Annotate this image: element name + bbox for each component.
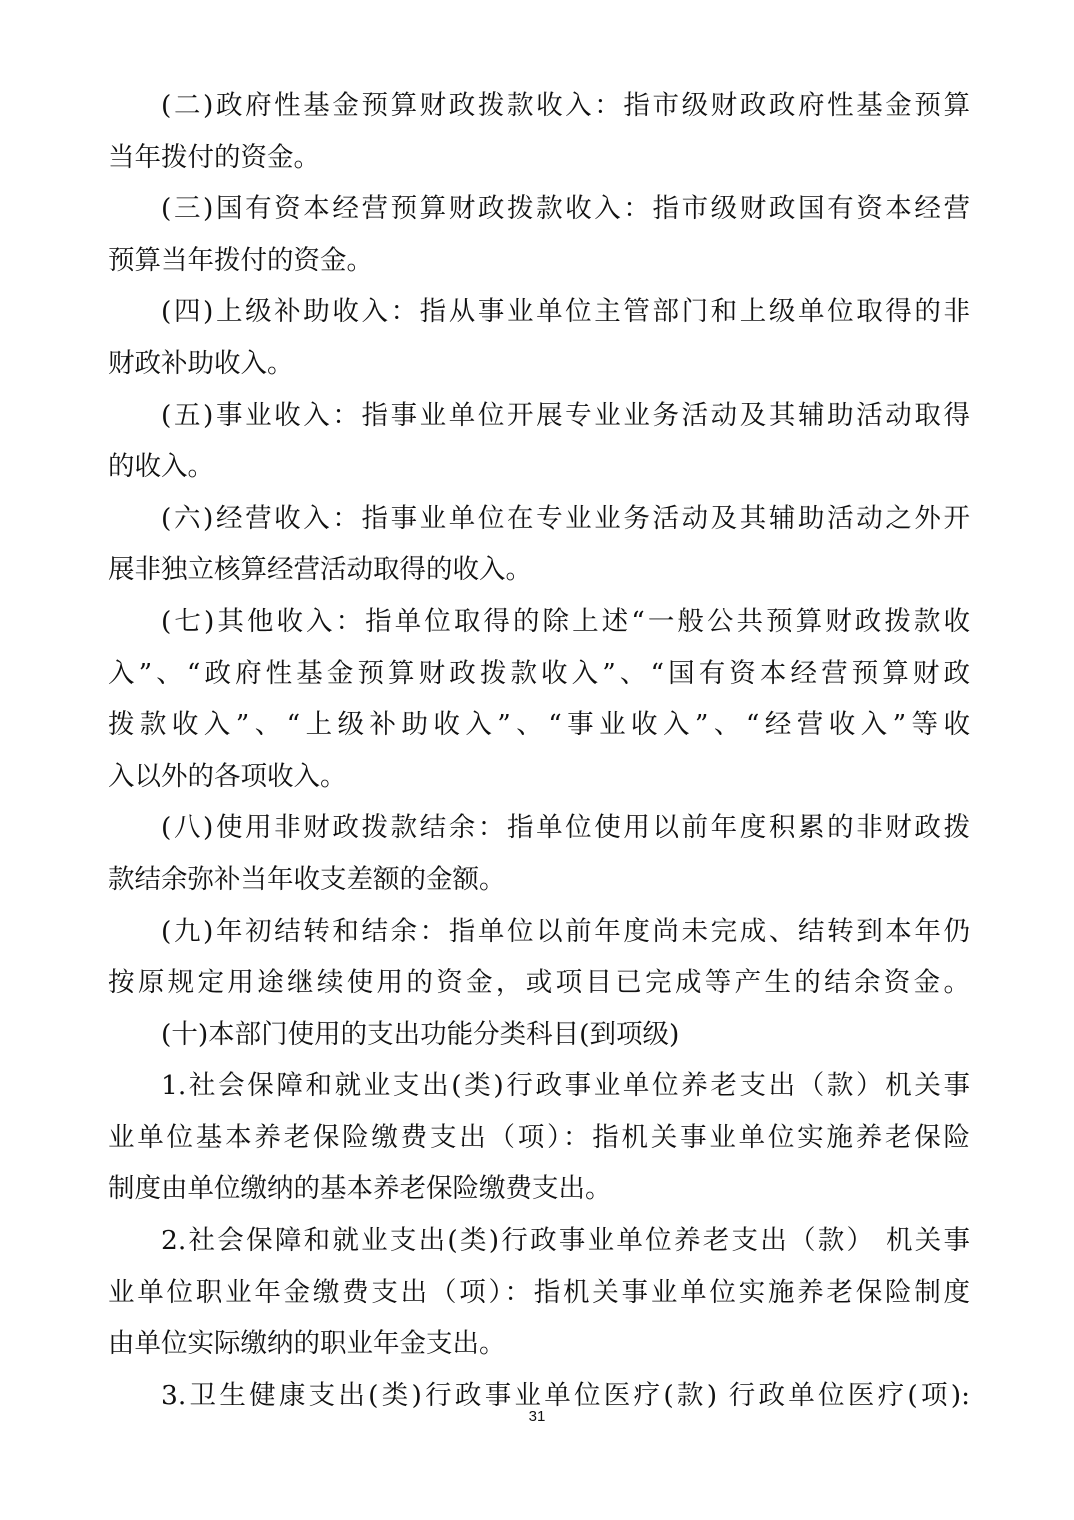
paragraph-line: 业单位职业年金缴费支出（项）：指机关事业单位实施养老保险制度 [108,1267,970,1319]
paragraph-line: 款结余弥补当年收支差额的金额。 [108,854,970,906]
paragraph-line: 财政补助收入。 [108,338,970,390]
paragraph-line: (八)使用非财政拨款结余：指单位使用以前年度积累的非财政拨 [108,802,970,854]
paragraph-line: (五)事业收入：指事业单位开展专业业务活动及其辅助活动取得 [108,390,970,442]
paragraph-line: 制度由单位缴纳的基本养老保险缴费支出。 [108,1163,970,1215]
paragraph-line: 2.社会保障和就业支出(类)行政事业单位养老支出（款） 机关事 [108,1215,970,1267]
paragraph-line: (六)经营收入：指事业单位在专业业务活动及其辅助活动之外开 [108,493,970,545]
document-page: (二)政府性基金预算财政拨款收入：指市级财政政府性基金预算 当年拨付的资金。 (… [0,0,1074,1520]
paragraph-line: (七)其他收入：指单位取得的除上述“一般公共预算财政拨款收 [108,596,970,648]
paragraph-line: 的收入。 [108,441,970,493]
paragraph-line: 按原规定用途继续使用的资金，或项目已完成等产生的结余资金。 [108,957,970,1009]
paragraph-line: 入”、“政府性基金预算财政拨款收入”、“国有资本经营预算财政 [108,648,970,700]
paragraph-line: 当年拨付的资金。 [108,132,970,184]
paragraph-line: 业单位基本养老保险缴费支出（项）：指机关事业单位实施养老保险 [108,1112,970,1164]
paragraph-line: 由单位实际缴纳的职业年金支出。 [108,1318,970,1370]
paragraph-line: 拨款收入”、“上级补助收入”、“事业收入”、“经营收入”等收 [108,699,970,751]
paragraph-line: (三)国有资本经营预算财政拨款收入：指市级财政国有资本经营 [108,183,970,235]
paragraph-line: (四)上级补助收入：指从事业单位主管部门和上级单位取得的非 [108,286,970,338]
paragraph-line: (二)政府性基金预算财政拨款收入：指市级财政政府性基金预算 [108,80,970,132]
section-heading: (十)本部门使用的支出功能分类科目(到项级) [108,1009,970,1061]
paragraph-line: 入以外的各项收入。 [108,751,970,803]
paragraph-line: (九)年初结转和结余：指单位以前年度尚未完成、结转到本年仍 [108,906,970,958]
body-text: (二)政府性基金预算财政拨款收入：指市级财政政府性基金预算 当年拨付的资金。 (… [108,80,970,1421]
paragraph-line: 预算当年拨付的资金。 [108,235,970,287]
paragraph-line: 展非独立核算经营活动取得的收入。 [108,544,970,596]
paragraph-line: 1.社会保障和就业支出(类)行政事业单位养老支出（款）机关事 [108,1060,970,1112]
page-number: 31 [0,1408,1074,1425]
